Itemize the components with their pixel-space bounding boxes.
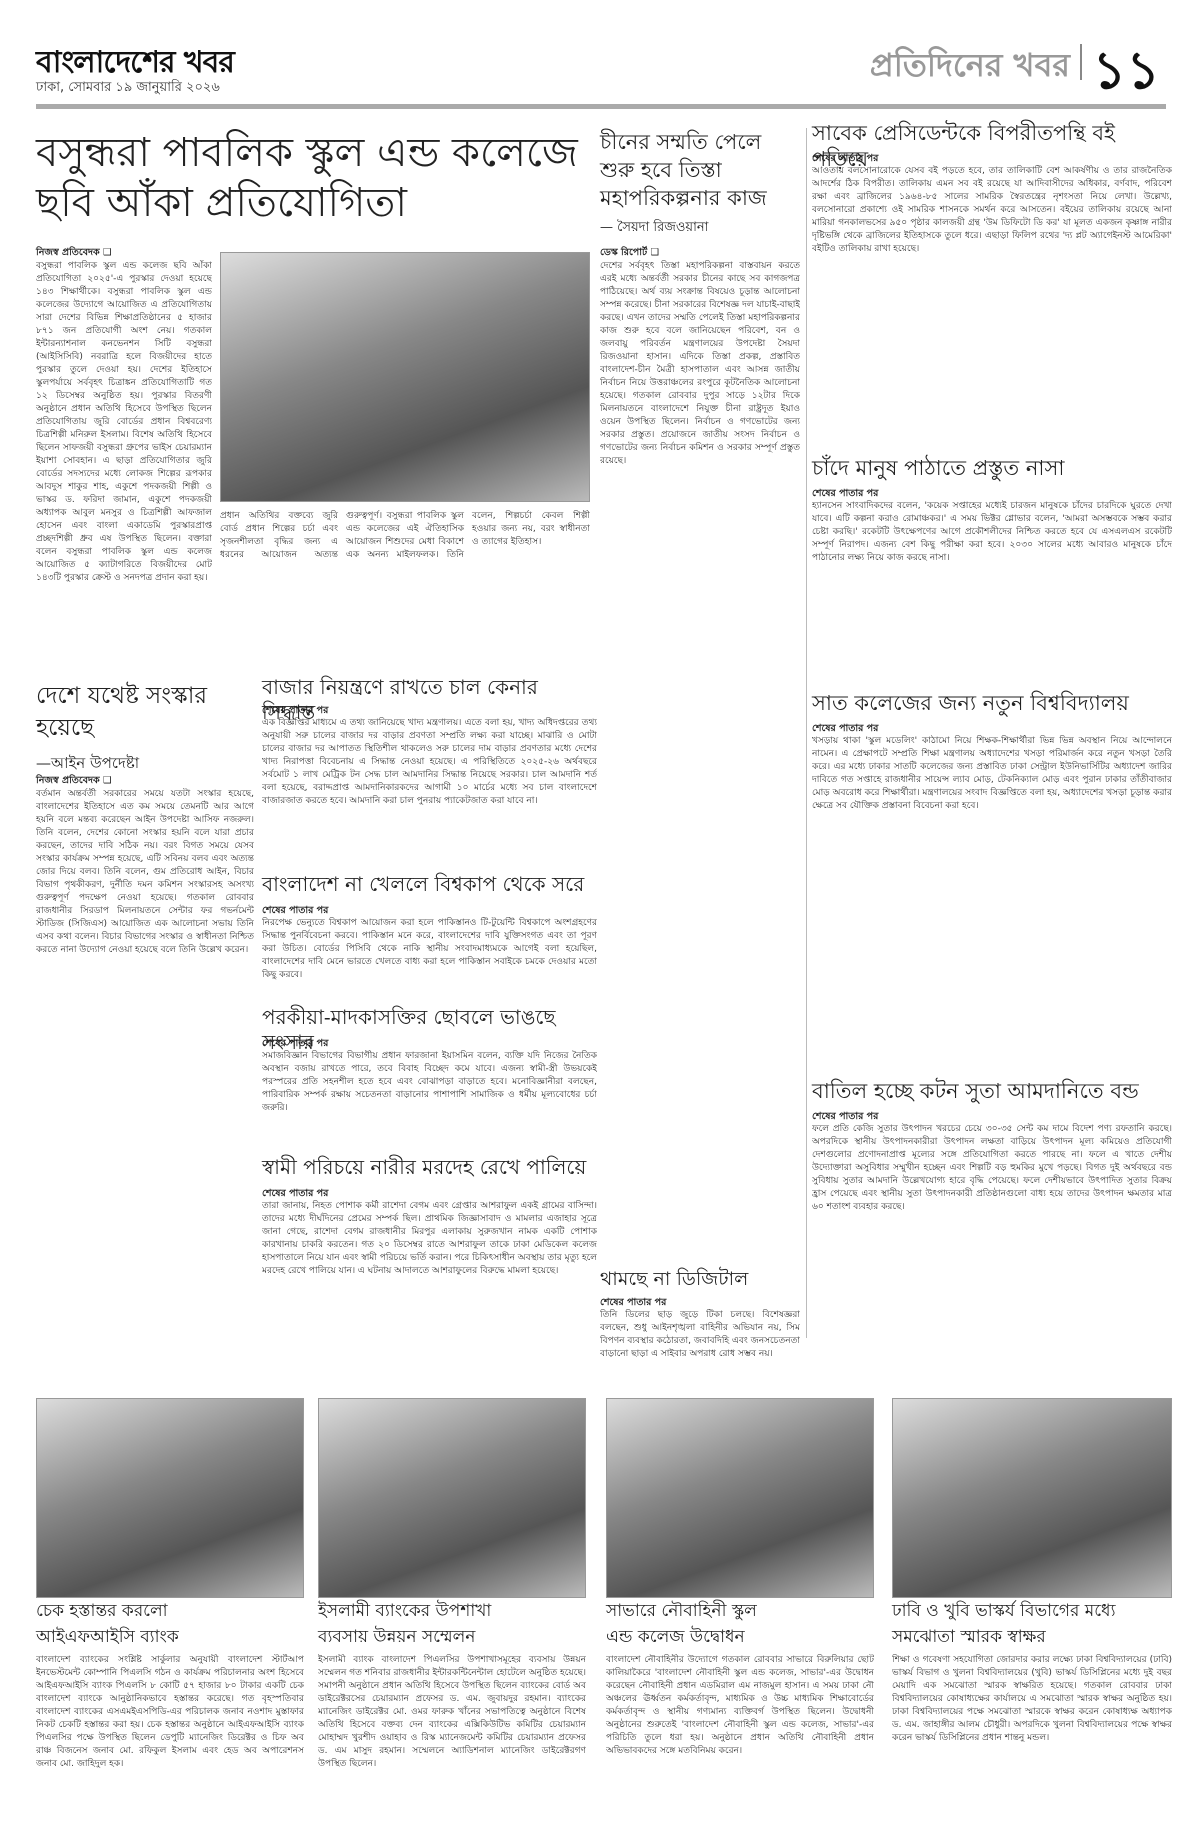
lead-photo (220, 252, 590, 502)
navy-school-body: বাংলাদেশ নৌবাহিনীর উদ্যোগে গতকাল রোববার … (606, 1654, 874, 1814)
teesta-attribution: — সৈয়দা রিজওয়ানা (600, 218, 708, 239)
ific-body: বাংলাদেশ ব্যাংকের সংশ্লিষ্ট সার্কুলার অন… (36, 1654, 304, 1814)
reform-byline: নিজস্ব প্রতিবেদক ❑ (36, 774, 111, 789)
islami-bank-title-line-1: ইসলামী ব্যাংকের উপশাখা (318, 1598, 586, 1624)
islami-bank-photo (318, 1398, 586, 1598)
ific-title-line-1: চেক হস্তান্তর করলো (36, 1598, 304, 1624)
teesta-headline: চীনের সম্মতি পেলে শুরু হবে তিস্তা মহাপরি… (600, 128, 800, 212)
seven-colleges-headline: সাত কলেজের জন্য নতুন বিশ্ববিদ্যালয় (812, 690, 1172, 716)
section-name: প্রতিদিনের খবর (870, 40, 1070, 94)
lead-byline: নিজস্ব প্রতিবেদক ❑ (36, 246, 111, 261)
ific-title: চেক হস্তান্তর করলো আইএফআইসি ব্যাংক (36, 1598, 304, 1650)
du-kuet-body: শিক্ষা ও গবেষণা সহযোগিতা জোরদার করার লক্… (892, 1654, 1172, 1814)
teesta-body: দেশের সর্ববৃহৎ তিস্তা মহাপরিকল্পনা বাস্ত… (600, 260, 800, 1345)
seven-colleges-body: খসড়ায় থাকা 'স্কুল মডেলিং' কাঠামো নিয়ে… (812, 735, 1172, 1070)
lead-headline-line-2: ছবি আঁকা প্রতিযোগিতা (36, 178, 596, 228)
nasa-headline: চাঁদে মানুষ পাঠাতে প্রস্তুত নাসা (812, 455, 1172, 481)
yarn-body: ফলে প্রতি কেজি সুতার উৎপাদন খরচের চেয়ে … (812, 1123, 1172, 1383)
du-kuet-title-line-2: সমঝোতা স্মারক স্বাক্ষর (892, 1624, 1172, 1650)
navy-school-title: সাভারে নৌবাহিনী স্কুল এন্ড কলেজ উদ্বোধন (606, 1598, 874, 1650)
teesta-byline: ডেস্ক রিপোর্ট ❑ (600, 246, 659, 261)
worldcup-body: নিরপেক্ষ ভেন্যুতে বিশ্বকাপ আয়োজন করা হল… (262, 917, 597, 1002)
ific-photo (36, 1398, 304, 1598)
ific-title-line-2: আইএফআইসি ব্যাংক (36, 1624, 304, 1650)
lead-body: বসুন্ধরা পাবলিক স্কুল এন্ড কলেজ ছবি আঁকা… (36, 260, 212, 660)
lead-body-continued: প্রধান অতিথির বক্তব্যে জুরি বোর্ড প্রধান… (220, 510, 590, 665)
rice-body: এক বিজ্ঞপ্তির মাধ্যমে এ তথ্য জানিয়েছে খ… (262, 717, 597, 867)
reform-body: বর্তমান অন্তর্বর্তী সরকারের সময়ে যতটা স… (36, 788, 254, 1346)
issue-date: ঢাকা, সোমবার ১৯ জানুয়ারি ২০২৬ (36, 78, 220, 99)
lead-headline-line-1: বসুন্ধরা পাবলিক স্কুল এন্ড কলেজে (36, 128, 596, 178)
du-kuet-title-line-1: ঢাবি ও খুবি ভাস্কর্য বিভাগের মধ্যে (892, 1598, 1172, 1624)
islami-bank-title-line-2: ব্যবসায় উন্নয়ন সম্মেলন (318, 1624, 586, 1650)
navy-school-title-line-2: এন্ড কলেজ উদ্বোধন (606, 1624, 874, 1650)
worldcup-headline: বাংলাদেশ না খেললে বিশ্বকাপ থেকে সরে (262, 872, 597, 897)
header-rule (36, 104, 1166, 109)
digital-body: তিনি ডিলের ছাড় জুড়ে টিকা চলছে। বিশেষজ্… (600, 1309, 800, 1384)
column-divider (806, 128, 807, 1338)
body-found-body: তারা জানায়, নিহত পোশাক কর্মী রাশেদা বেগ… (262, 1200, 597, 1345)
reform-headline: দেশে যথেষ্ট সংস্কার হয়েছে (36, 680, 256, 744)
nasa-body: হ্যানসেন সাংবাদিকদের বলেন, 'কয়েক সপ্তাহ… (812, 500, 1172, 685)
header-divider (1080, 44, 1082, 80)
lead-headline: বসুন্ধরা পাবলিক স্কুল এন্ড কলেজে ছবি আঁক… (36, 128, 596, 228)
islami-bank-body: ইসলামী ব্যাংক বাংলাদেশ পিএলসির উপশাখাসমূ… (318, 1654, 586, 1814)
drug-body: সমাজবিজ্ঞান বিভাগের বিভাগীয় প্রধান ফারজ… (262, 1050, 597, 1150)
body-found-headline: স্বামী পরিচয়ে নারীর মরদেহ রেখে পালিয়ে (262, 1155, 597, 1180)
islami-bank-title: ইসলামী ব্যাংকের উপশাখা ব্যবসায় উন্নয়ন … (318, 1598, 586, 1650)
navy-school-photo (606, 1398, 874, 1598)
bolsonaro-body: আওতায় বলসোনারোকে যেসব বই পড়তে হবে, তার… (812, 165, 1172, 450)
digital-headline: থামছে না ডিজিটাল (600, 1268, 800, 1292)
yarn-headline: বাতিল হচ্ছে কটন সুতা আমদানিতে বন্ড (812, 1078, 1172, 1104)
du-kuet-title: ঢাবি ও খুবি ভাস্কর্য বিভাগের মধ্যে সমঝোত… (892, 1598, 1172, 1650)
du-kuet-photo (892, 1398, 1172, 1598)
navy-school-title-line-1: সাভারে নৌবাহিনী স্কুল (606, 1598, 874, 1624)
